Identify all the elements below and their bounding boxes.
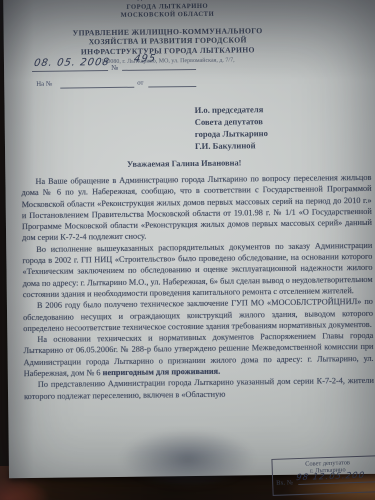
addressee-line: Совета депутатов: [195, 115, 268, 128]
paragraph: На Ваше обращение в Администрацию города…: [21, 172, 372, 244]
paragraph: Во исполнение вышеуказанных распорядител…: [22, 240, 373, 301]
incoming-stamp: Совет депутатов г. Лыткарино Вх. № 98 12…: [271, 455, 375, 496]
reply-from-label: от: [137, 80, 143, 87]
date-underline: [32, 70, 108, 72]
salutation: Уважаемая Галина Ивановна!: [5, 157, 363, 170]
reply-number-underline: [60, 87, 134, 89]
addressee-block: И.о. председателя Совета депутатов город…: [194, 103, 268, 152]
reply-date-underline: [148, 86, 196, 88]
photo-scene: АДМИНИСТРАЦИЯ ГОРОДА ЛЫТКАРИНО МОСКОВСКО…: [0, 0, 375, 500]
paragraph: По представлению Администрации города Лы…: [24, 375, 374, 402]
paragraph-bold-text: непригодным для проживания.: [103, 367, 221, 377]
reply-to-label: На №: [36, 81, 52, 88]
document-page: АДМИНИСТРАЦИЯ ГОРОДА ЛЫТКАРИНО МОСКОВСКО…: [3, 0, 375, 478]
addressee-line: города Лыткарино: [195, 127, 268, 140]
addressee-line: Г.И. Бакулиной: [195, 139, 268, 152]
paragraph: На основании технических и нормативных д…: [23, 330, 374, 379]
letter-body: На Ваше обращение в Администрацию города…: [21, 172, 374, 402]
paragraph: В 2006 году было получено техническое за…: [23, 296, 373, 334]
outgoing-date-handwritten: 08. 05. 2008: [33, 57, 110, 69]
stamp-incoming-row: Вх. № 98 12.05.200: [276, 476, 375, 489]
outgoing-number-handwritten: 495: [133, 53, 157, 64]
stamp-incoming-label: Вх. №: [276, 480, 293, 488]
addressee-line: И.о. председателя: [194, 103, 267, 116]
photo-shadow: [118, 428, 258, 490]
number-sign: №: [111, 63, 118, 72]
number-underline: [122, 69, 196, 71]
